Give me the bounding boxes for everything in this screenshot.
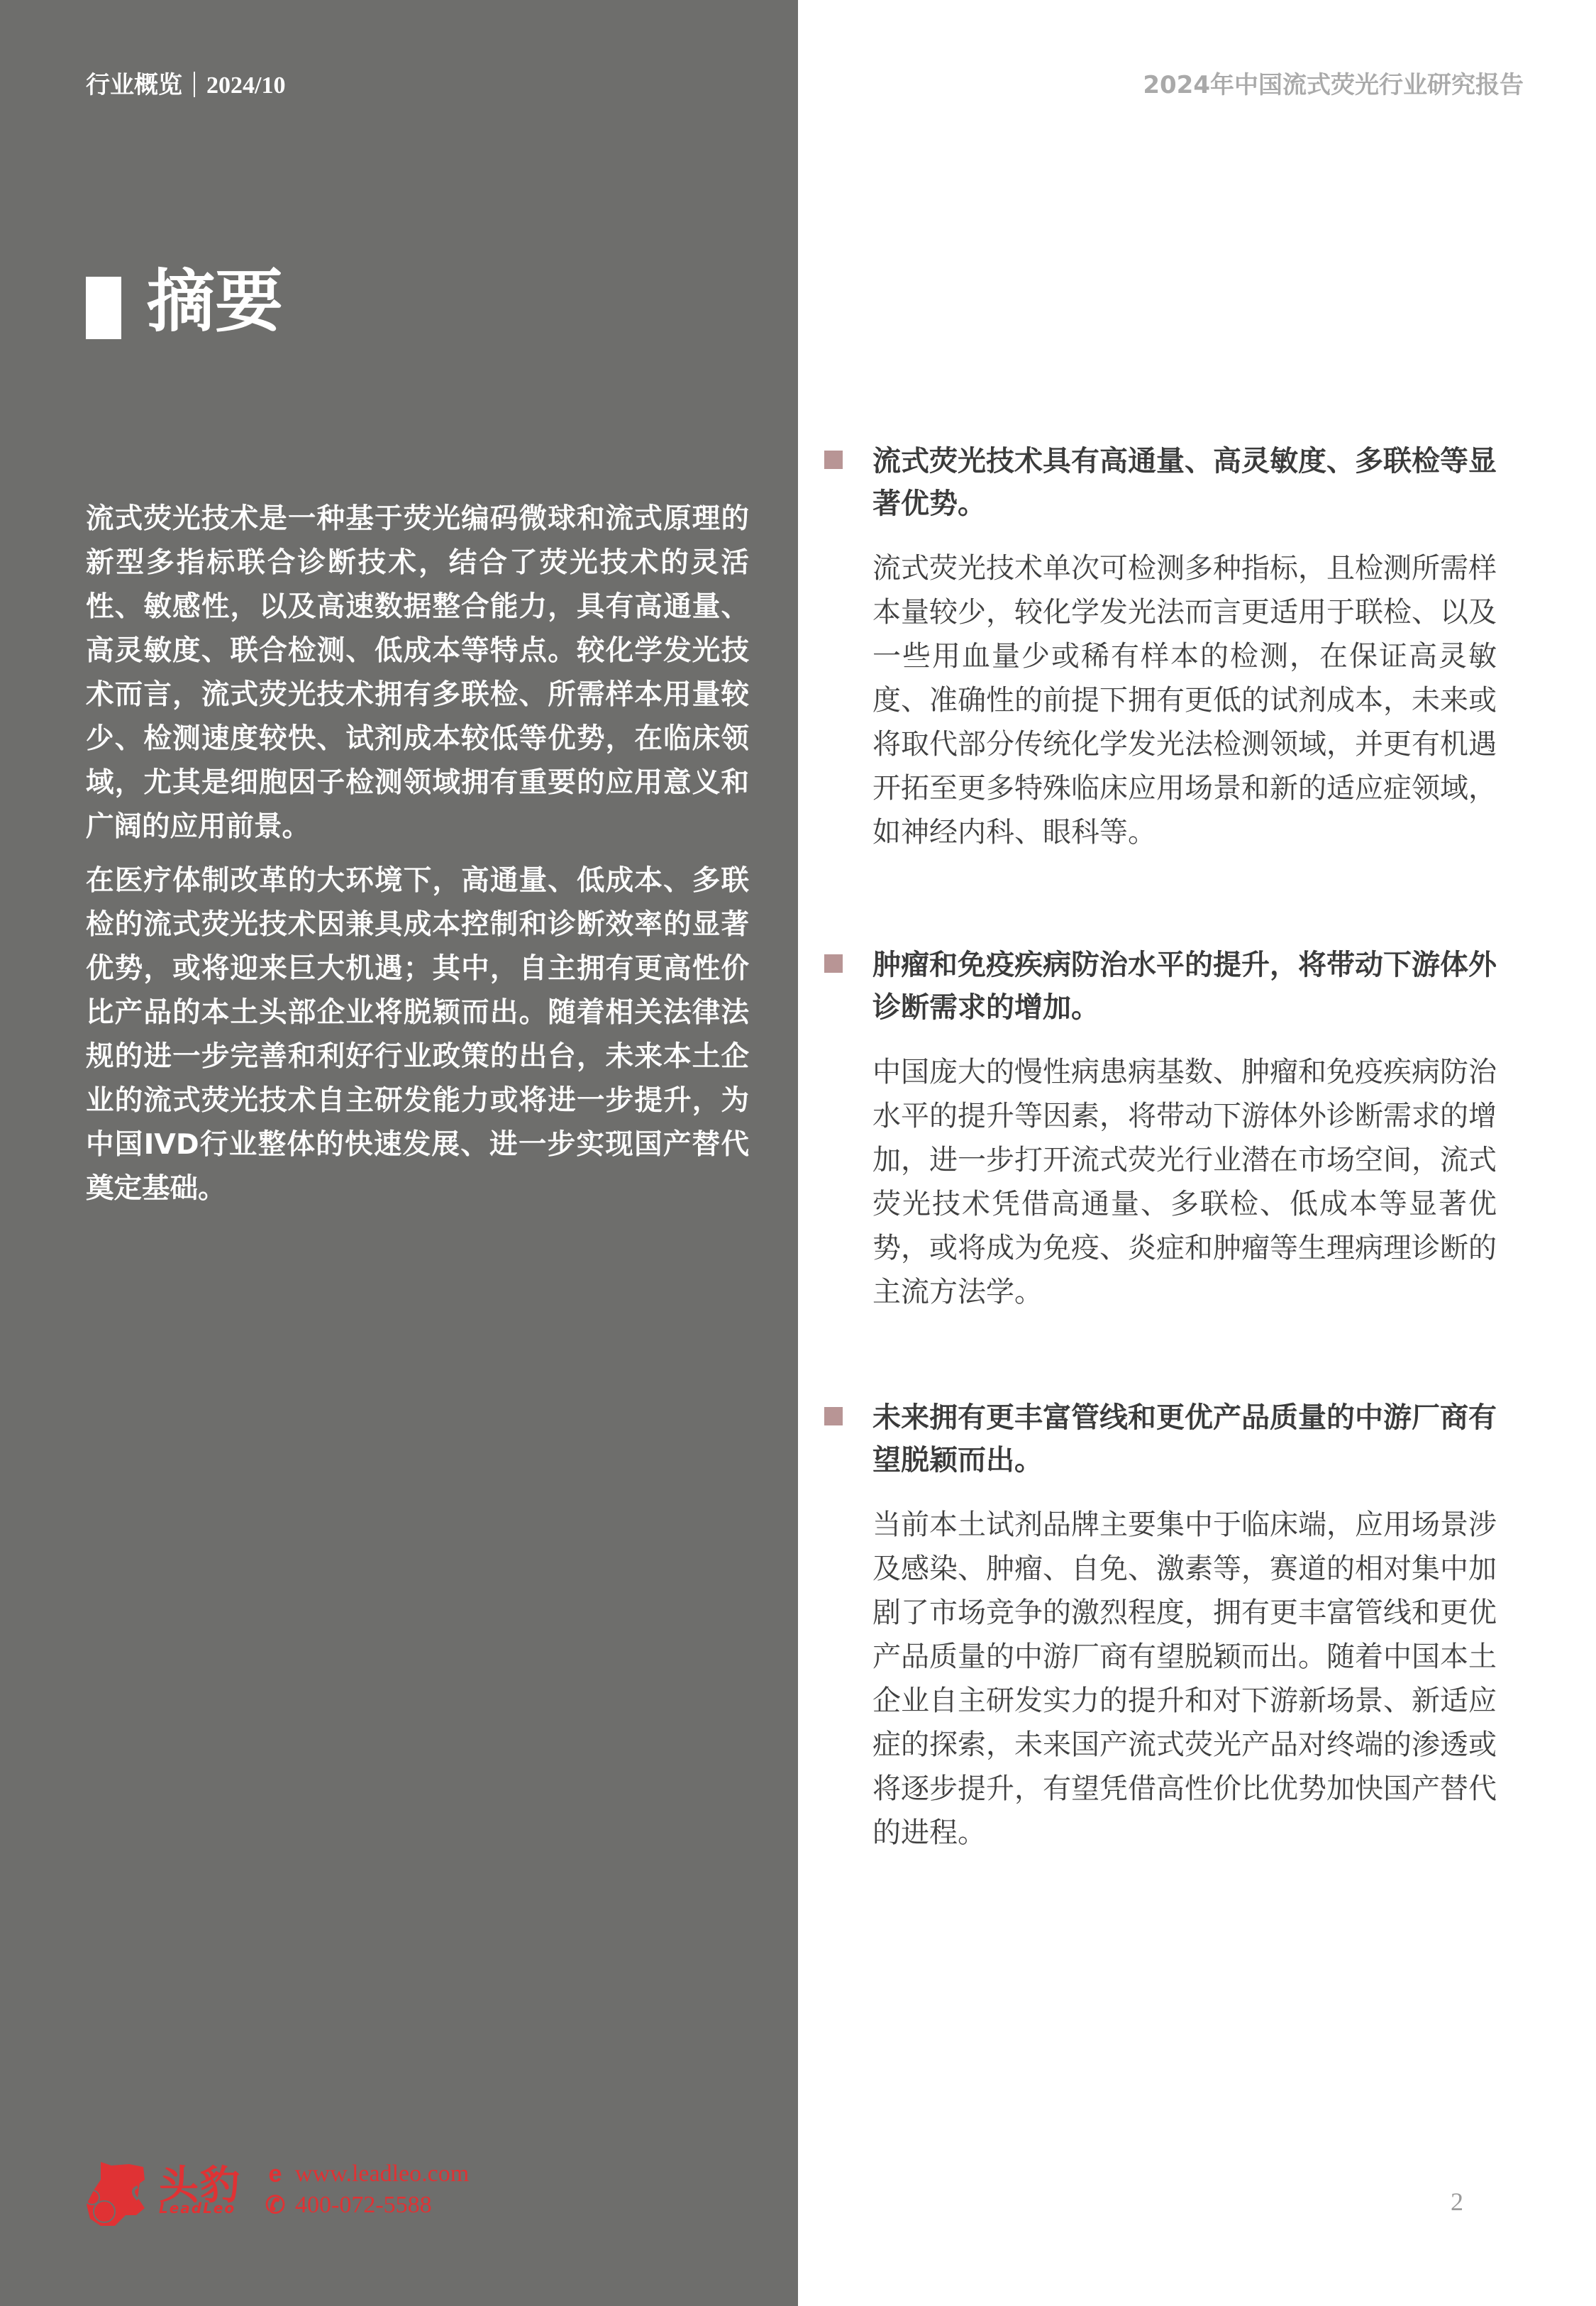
- bullet-square-icon: [824, 451, 843, 469]
- page-title: 摘要: [147, 255, 283, 348]
- key-point-body: 流式荧光技术单次可检测多种指标，且检测所需样本量较少，较化学发光法而言更适用于联…: [872, 546, 1497, 854]
- key-point: 肿瘤和免疫疾病防治水平的提升，将带动下游体外诊断需求的增加。 中国庞大的慢性病患…: [823, 944, 1497, 1314]
- summary-paragraph: 流式荧光技术是一种基于荧光编码微球和流式原理的新型多指标联合诊断技术，结合了荧光…: [86, 497, 749, 849]
- key-point-heading: 未来拥有更丰富管线和更优产品质量的中游厂商有望脱颖而出。: [872, 1396, 1497, 1482]
- web-e-icon: e: [264, 2158, 287, 2190]
- report-date: 2024/10: [206, 72, 285, 99]
- phone-icon: ✆: [264, 2190, 287, 2221]
- key-point-heading: 肿瘤和免疫疾病防治水平的提升，将带动下游体外诊断需求的增加。: [872, 944, 1497, 1029]
- page-number: 2: [1451, 2187, 1463, 2217]
- key-point-body: 当前本土试剂品牌主要集中于临床端，应用场景涉及感染、肿瘤、自免、激素等，赛道的相…: [872, 1503, 1497, 1855]
- key-point-body: 中国庞大的慢性病患病基数、肿瘤和免疫疾病防治水平的提升等因素，将带动下游体外诊断…: [872, 1050, 1497, 1314]
- report-title: 2024年中国流式荧光行业研究报告: [1143, 65, 1524, 100]
- phone-number: 400-072-5588: [295, 2190, 432, 2221]
- bullet-square-icon: [824, 1407, 843, 1425]
- bullet-square-icon: [824, 954, 843, 973]
- key-point: 流式荧光技术具有高通量、高灵敏度、多联检等显著优势。 流式荧光技术单次可检测多种…: [823, 440, 1497, 854]
- title-accent-bar: [86, 277, 121, 339]
- logo-english-name: LeadLeo: [159, 2200, 235, 2217]
- section-label: 行业概览: [86, 71, 182, 99]
- leopard-logo-icon: [79, 2158, 150, 2229]
- header-left: 行业概览2024/10: [86, 65, 285, 100]
- key-point-heading: 流式荧光技术具有高通量、高灵敏度、多联检等显著优势。: [872, 440, 1497, 525]
- leadleo-logo: 头豹 LeadLeo ewww.leadleo.com ✆400-072-558…: [79, 2158, 477, 2229]
- contact-info: ewww.leadleo.com ✆400-072-5588: [264, 2158, 469, 2221]
- summary-paragraph: 在医疗体制改革的大环境下，高通量、低成本、多联检的流式荧光技术因兼具成本控制和诊…: [86, 859, 749, 1210]
- key-point: 未来拥有更丰富管线和更优产品质量的中游厂商有望脱颖而出。 当前本土试剂品牌主要集…: [823, 1396, 1497, 1855]
- website-link[interactable]: www.leadleo.com: [295, 2158, 469, 2190]
- header-divider: [194, 72, 195, 97]
- summary-text: 流式荧光技术是一种基于荧光编码微球和流式原理的新型多指标联合诊断技术，结合了荧光…: [86, 497, 749, 1220]
